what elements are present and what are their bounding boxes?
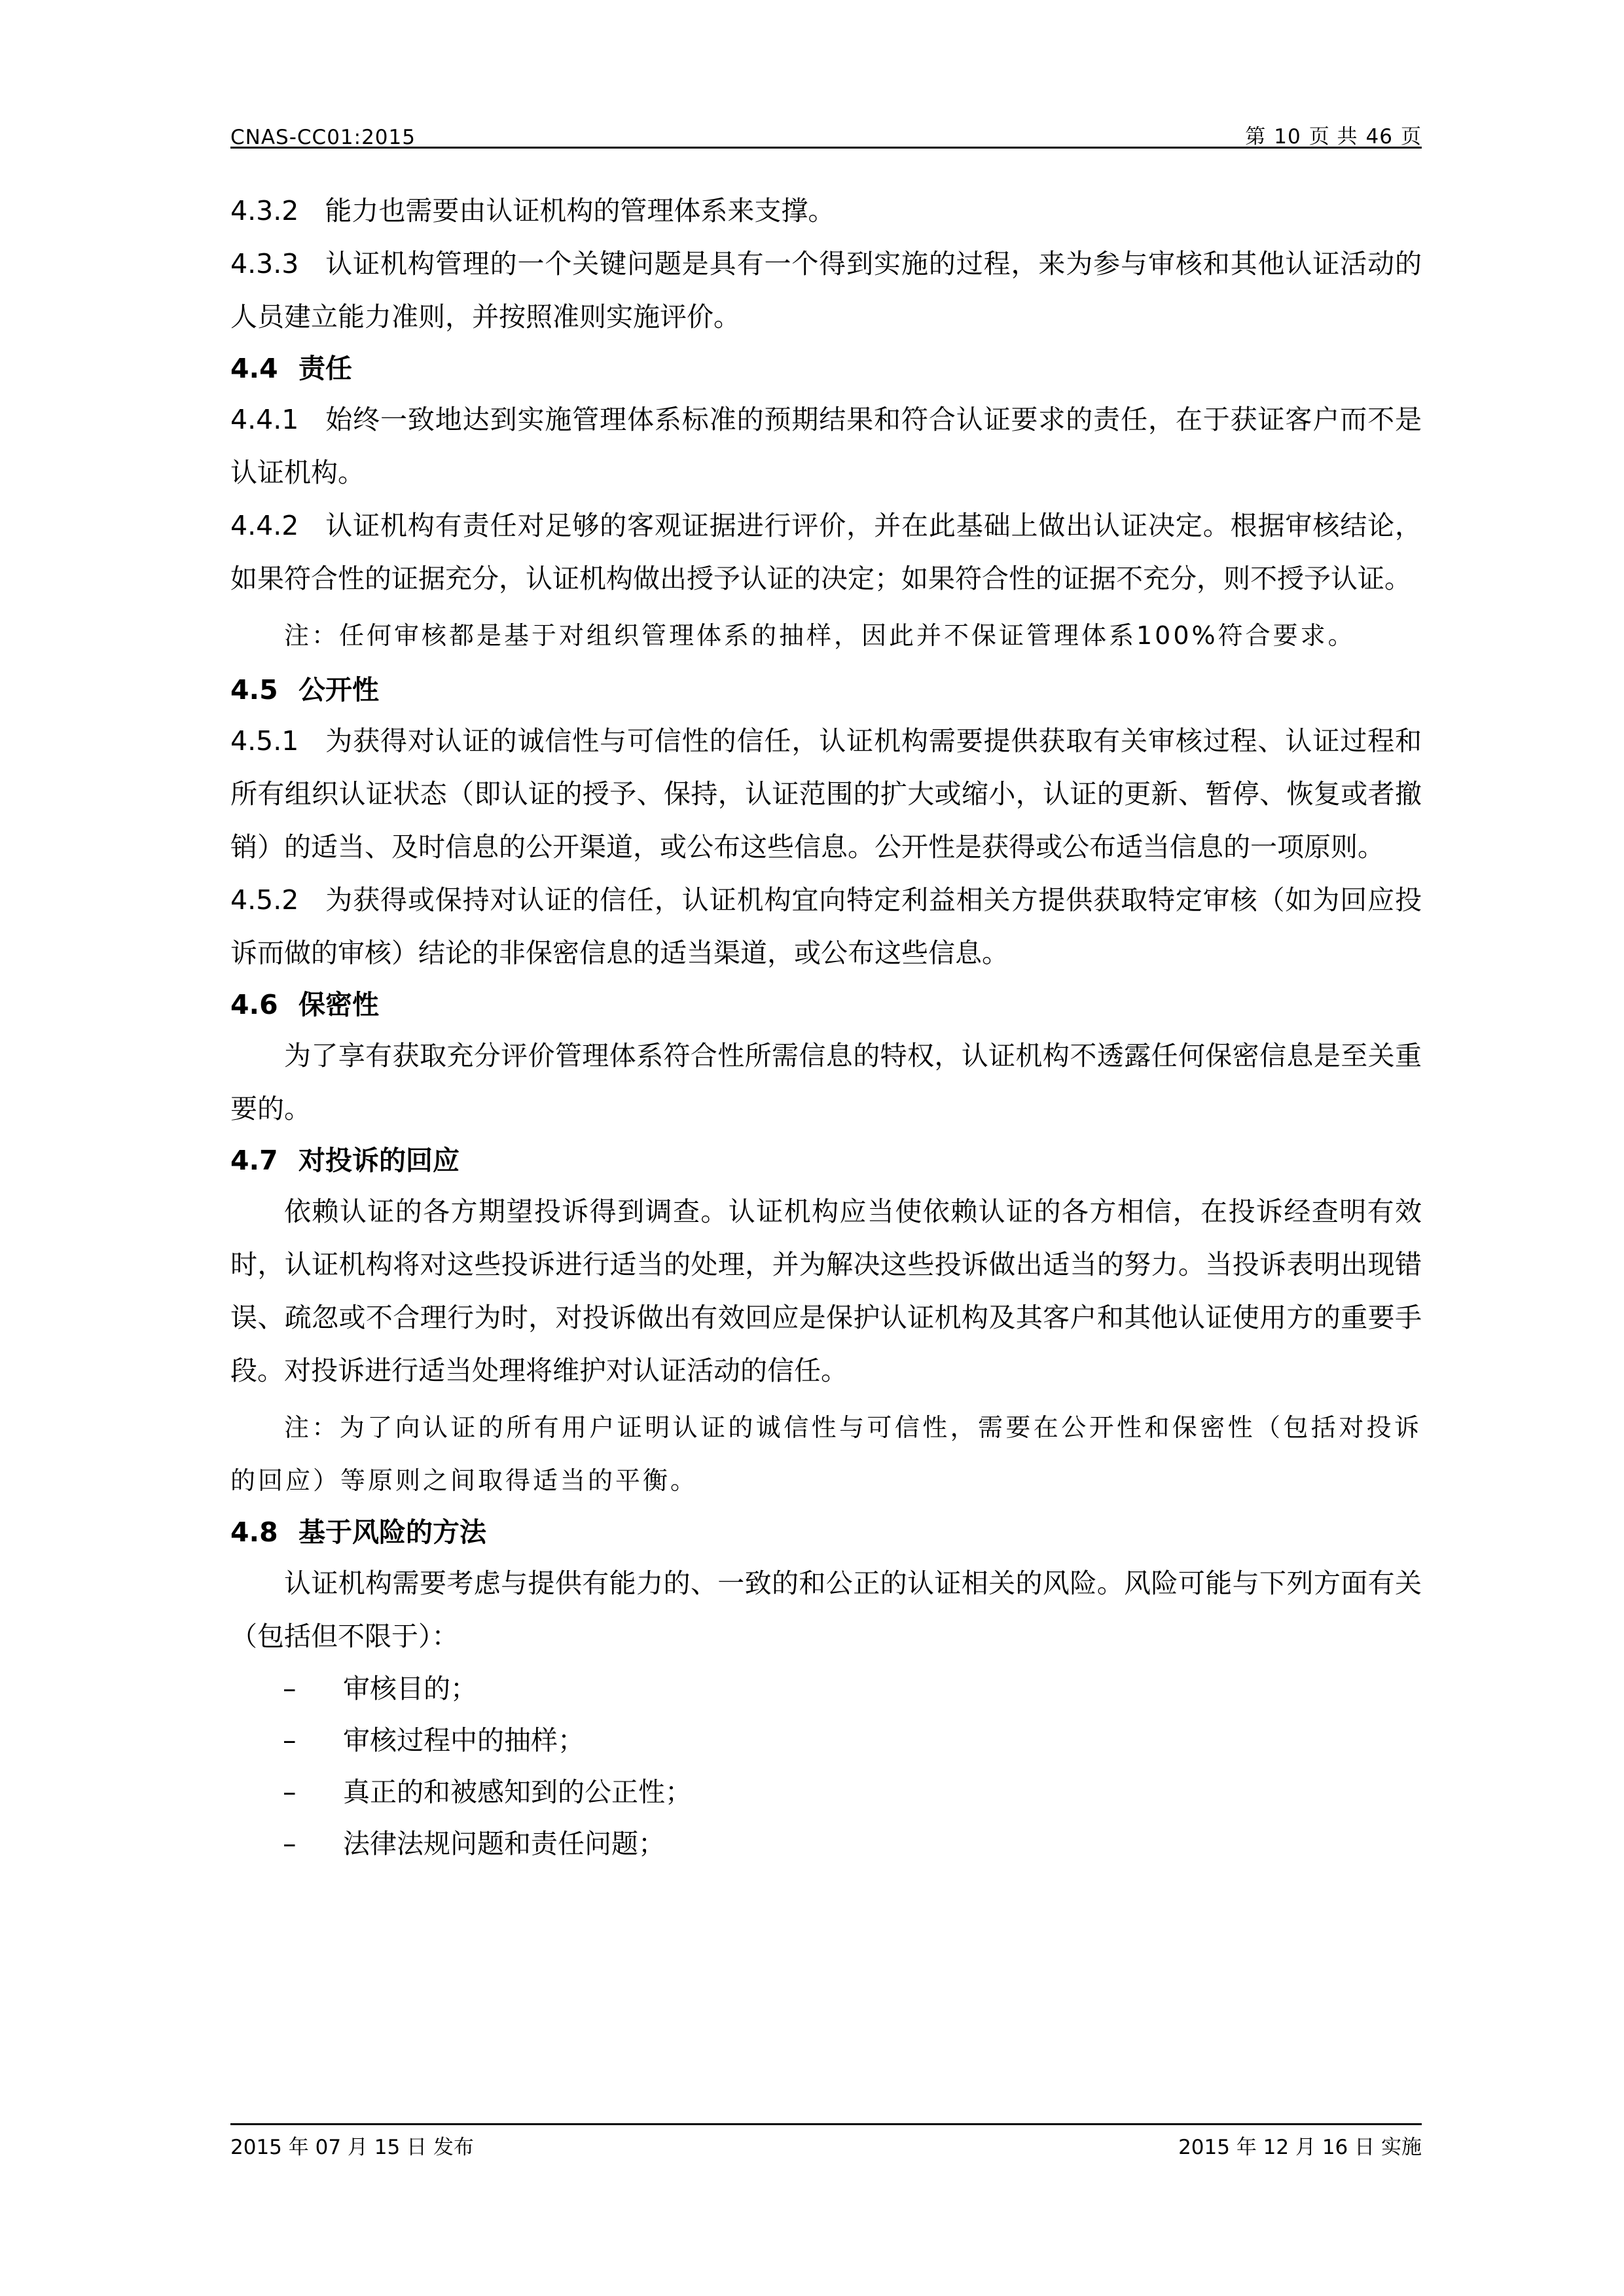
list-item-text: 真正的和被感知到的公正性； — [343, 1776, 692, 1808]
clause-text: 为获得对认证的诚信性与可信性的信任，认证机构需要提供获取有关审核过程、认证过程和… — [230, 725, 1422, 863]
dash-bullet-icon: – — [283, 1818, 297, 1870]
effective-date: 2015 年 12 月 16 日 实施 — [1178, 2131, 1422, 2164]
clause-number: 4.4.1 — [230, 393, 298, 446]
clause-number: 4.5.1 — [230, 715, 298, 768]
paragraph-4-6: 为了享有获取充分评价管理体系符合性所需信息的特权，认证机构不透露任何保密信息是至… — [230, 1030, 1422, 1136]
list-item-text: 审核目的； — [343, 1673, 477, 1704]
list-item: –审核过程中的抽样； — [230, 1715, 1422, 1767]
section-heading-4-6: 4.6保密性 — [230, 980, 1422, 1030]
risk-list: –审核目的； –审核过程中的抽样； –真正的和被感知到的公正性； –法律法规问题… — [230, 1663, 1422, 1870]
clause-4-5-1: 4.5.1为获得对认证的诚信性与可信性的信任，认证机构需要提供获取有关审核过程、… — [230, 715, 1422, 874]
clause-text: 认证机构有责任对足够的客观证据进行评价，并在此基础上做出认证决定。根据审核结论，… — [230, 510, 1422, 594]
clause-text: 始终一致地达到实施管理体系标准的预期结果和符合认证要求的责任，在于获证客户而不是… — [230, 404, 1422, 488]
page-mid: 页 共 — [1309, 125, 1358, 149]
clause-number: 4.5.2 — [230, 874, 298, 927]
section-title: 基于风险的方法 — [298, 1516, 486, 1548]
document-page: CNAS-CC01:2015 第10页 共46页 4.3.2能力也需要由认证机构… — [230, 0, 1422, 2296]
section-heading-4-8: 4.8基于风险的方法 — [230, 1507, 1422, 1557]
paragraph-4-7: 依赖认证的各方期望投诉得到调查。认证机构应当使依赖认证的各方相信，在投诉经查明有… — [230, 1185, 1422, 1397]
footer-divider — [230, 2123, 1422, 2125]
clause-number: 4.4.2 — [230, 499, 298, 552]
page-number: 第10页 共46页 — [1245, 120, 1422, 149]
clause-text: 认证机构管理的一个关键问题是具有一个得到实施的过程，来为参与审核和其他认证活动的… — [230, 248, 1422, 332]
list-item: –法律法规问题和责任问题； — [230, 1818, 1422, 1870]
issue-date: 2015 年 07 月 15 日 发布 — [230, 2131, 474, 2164]
page-header: CNAS-CC01:2015 第10页 共46页 — [230, 117, 1422, 149]
list-item: –审核目的； — [230, 1663, 1422, 1715]
clause-4-5-2: 4.5.2为获得或保持对认证的信任，认证机构宜向特定利益相关方提供获取特定审核（… — [230, 874, 1422, 980]
clause-number: 4.3.3 — [230, 238, 298, 291]
page-current: 10 — [1274, 125, 1301, 149]
list-item-text: 法律法规问题和责任问题； — [343, 1828, 665, 1859]
page-prefix: 第 — [1245, 125, 1266, 149]
list-item: –真正的和被感知到的公正性； — [230, 1767, 1422, 1818]
note-4-7: 注：为了向认证的所有用户证明认证的诚信性与可信性，需要在公开性和保密性（包括对投… — [230, 1401, 1422, 1507]
section-number: 4.7 — [230, 1136, 298, 1185]
page-suffix: 页 — [1401, 125, 1422, 149]
clause-4-4-2: 4.4.2认证机构有责任对足够的客观证据进行评价，并在此基础上做出认证决定。根据… — [230, 499, 1422, 605]
clause-4-4-1: 4.4.1始终一致地达到实施管理体系标准的预期结果和符合认证要求的责任，在于获证… — [230, 393, 1422, 499]
clause-number: 4.3.2 — [230, 185, 298, 238]
section-title: 公开性 — [298, 674, 379, 706]
header-divider — [230, 147, 1422, 149]
document-id: CNAS-CC01:2015 — [230, 126, 416, 149]
clause-text: 能力也需要由认证机构的管理体系来支撑。 — [325, 195, 835, 226]
section-number: 4.8 — [230, 1507, 298, 1557]
section-number: 4.6 — [230, 980, 298, 1030]
page-total: 46 — [1366, 125, 1393, 149]
section-heading-4-4: 4.4责任 — [230, 344, 1422, 393]
note-4-4: 注：任何审核都是基于对组织管理体系的抽样，因此并不保证管理体系100%符合要求。 — [230, 609, 1422, 662]
dash-bullet-icon: – — [283, 1715, 297, 1767]
list-item-text: 审核过程中的抽样； — [343, 1725, 585, 1756]
section-title: 责任 — [298, 353, 352, 384]
dash-bullet-icon: – — [283, 1663, 297, 1715]
section-number: 4.5 — [230, 665, 298, 715]
section-heading-4-5: 4.5公开性 — [230, 665, 1422, 715]
dash-bullet-icon: – — [283, 1767, 297, 1818]
clause-4-3-2: 4.3.2能力也需要由认证机构的管理体系来支撑。 — [230, 185, 1422, 238]
document-body: 4.3.2能力也需要由认证机构的管理体系来支撑。 4.3.3认证机构管理的一个关… — [230, 185, 1422, 1870]
clause-4-3-3: 4.3.3认证机构管理的一个关键问题是具有一个得到实施的过程，来为参与审核和其他… — [230, 238, 1422, 344]
section-title: 保密性 — [298, 989, 379, 1020]
section-heading-4-7: 4.7对投诉的回应 — [230, 1136, 1422, 1185]
page-footer: 2015 年 07 月 15 日 发布 2015 年 12 月 16 日 实施 — [230, 2131, 1422, 2164]
section-title: 对投诉的回应 — [298, 1145, 460, 1176]
clause-text: 为获得或保持对认证的信任，认证机构宜向特定利益相关方提供获取特定审核（如为回应投… — [230, 884, 1422, 969]
section-number: 4.4 — [230, 344, 298, 393]
paragraph-4-8: 认证机构需要考虑与提供有能力的、一致的和公正的认证相关的风险。风险可能与下列方面… — [230, 1557, 1422, 1663]
